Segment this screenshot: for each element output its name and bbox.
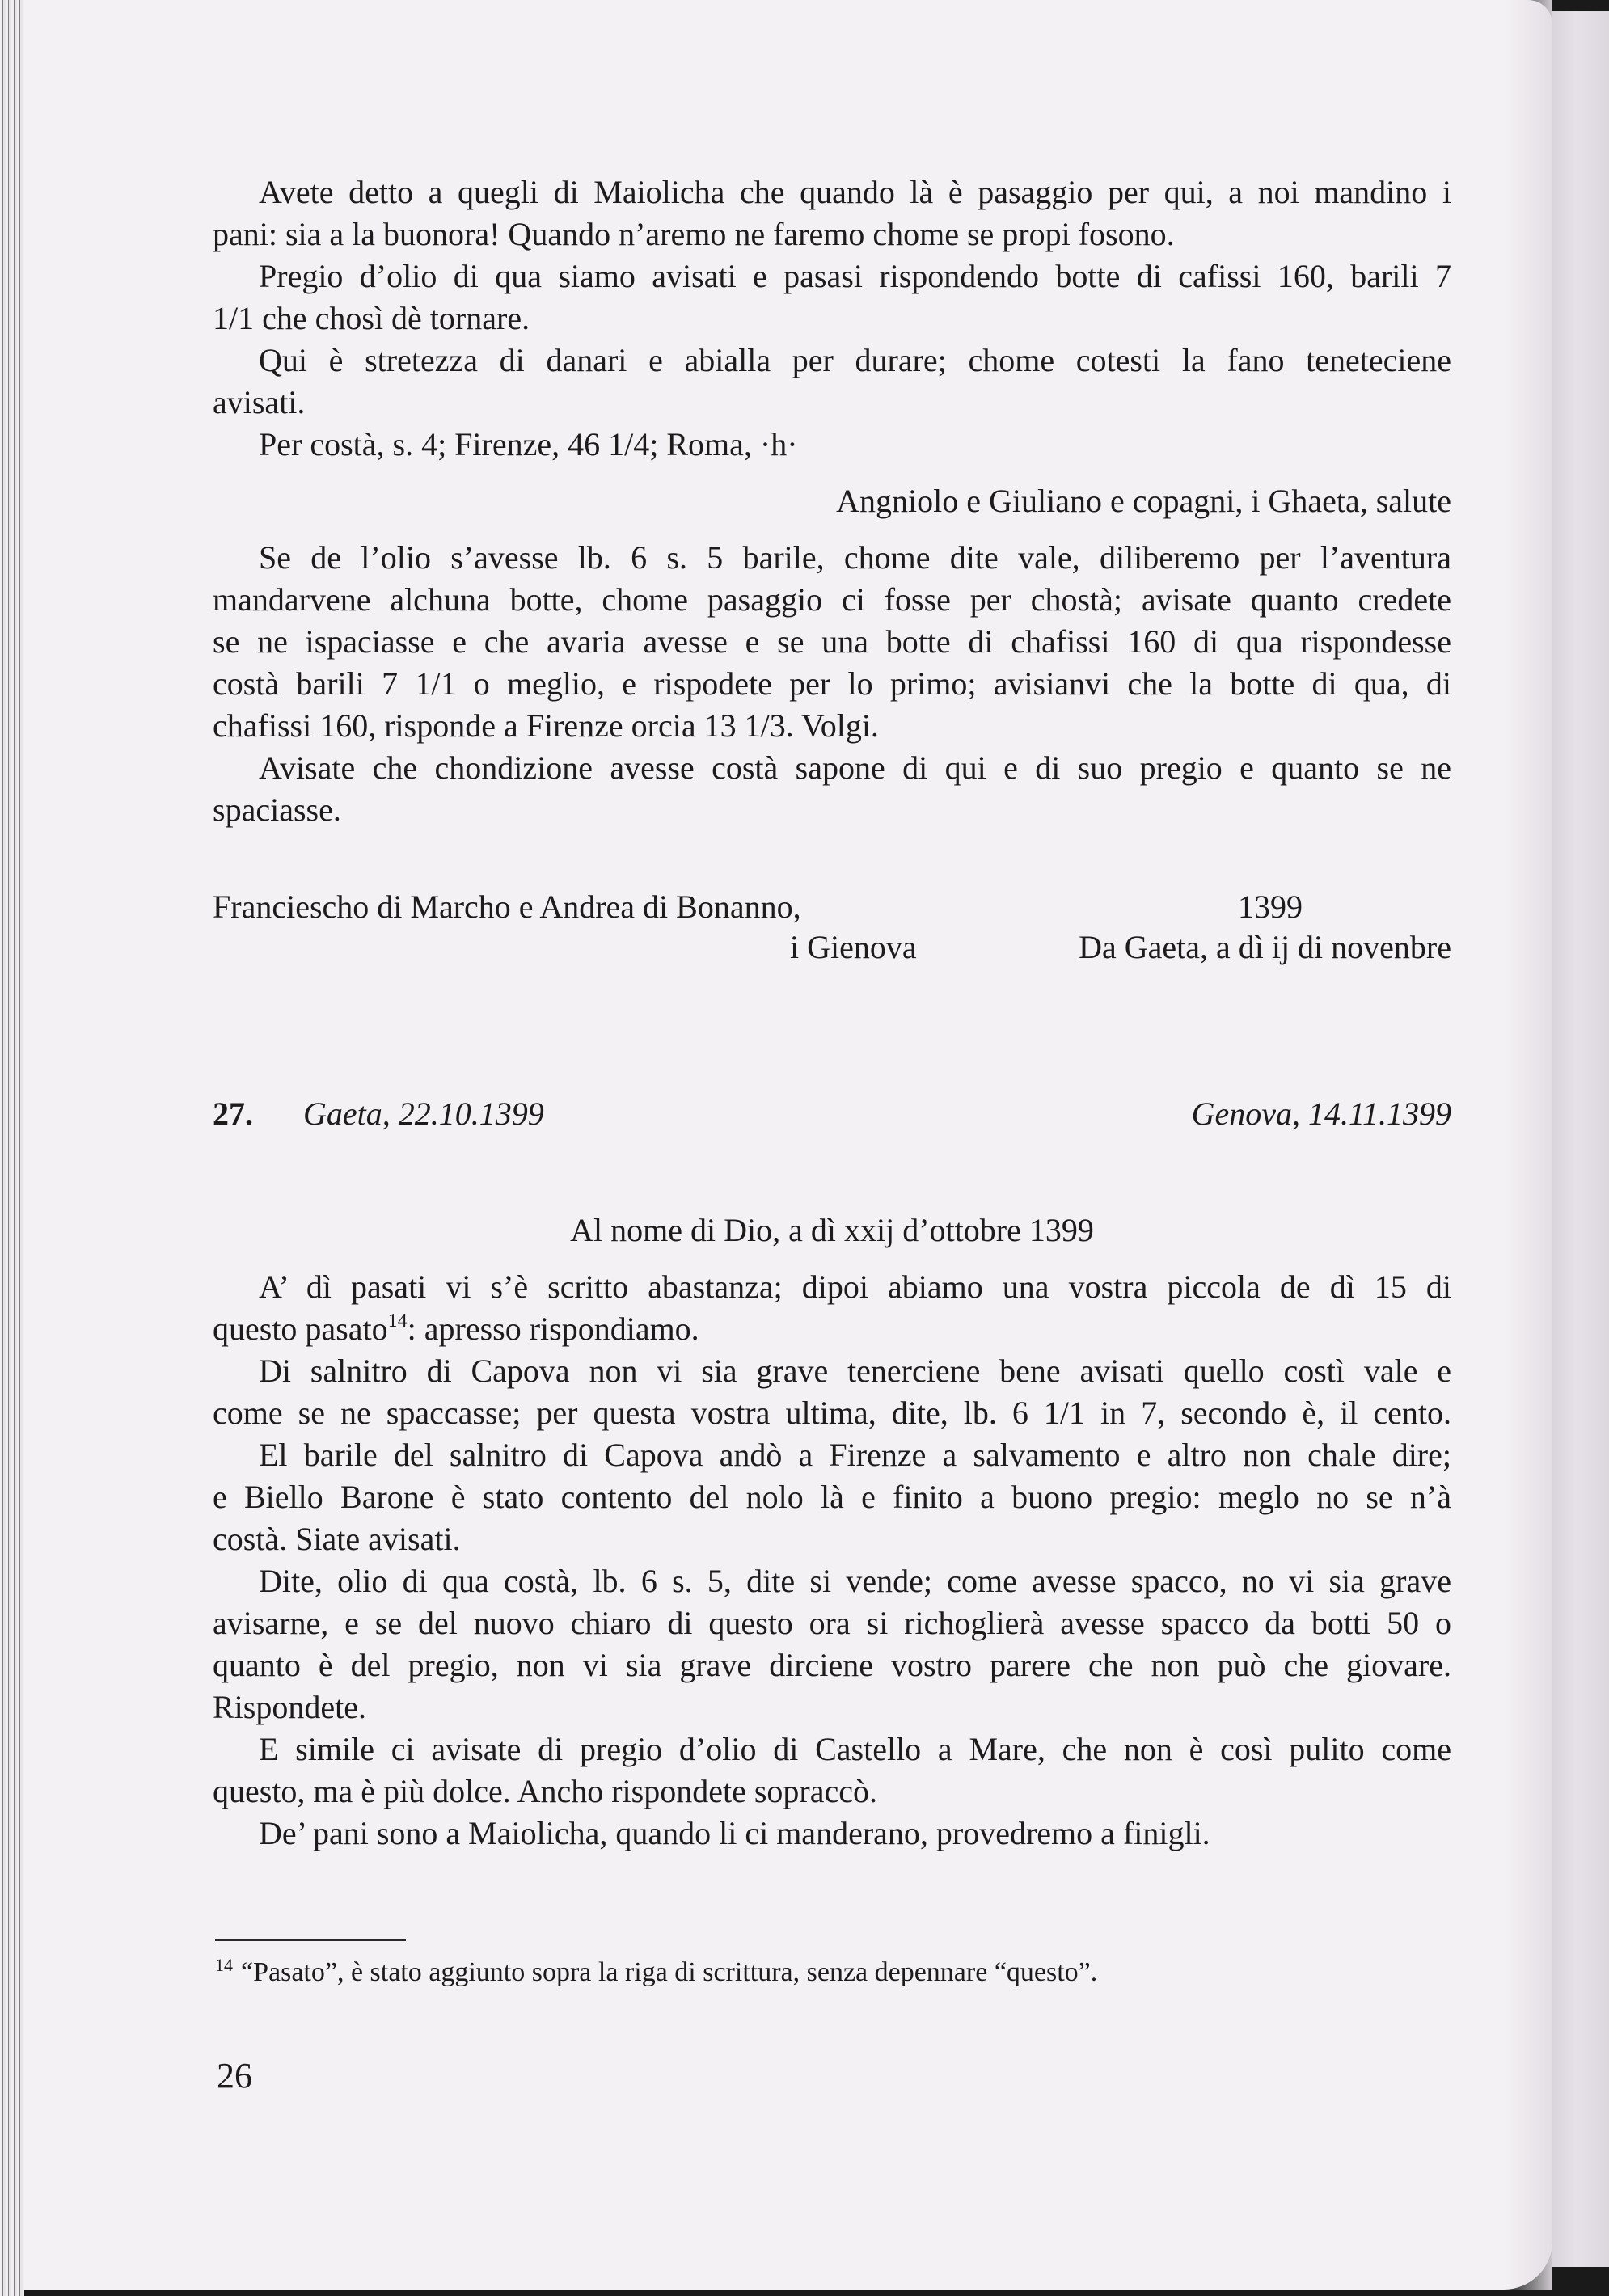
letter-origin-date: Gaeta, 22.10.1399 [303,1093,544,1135]
signature-date: Da Gaeta, a dì ij di novenbre [1079,926,1451,969]
body-line: spaciasse. [213,789,1451,831]
body-line: avisati. [213,382,1451,424]
body-line: 1/1 che chosì dè tornare. [213,298,1451,340]
stacked-page-edges [0,0,24,2296]
body-line: Avisate che chondizione avesse costà sap… [213,747,1451,789]
footnote: 14“Pasato”, è stato aggiunto sopra la ri… [215,1955,1097,1988]
body-line: questo, ma è più dolce. Ancho rispondete… [213,1771,1451,1813]
body-line: mandarvene alchuna botte, chome pasaggio… [213,579,1451,621]
body-line: El barile del salnitro di Capova andò a … [213,1434,1451,1476]
body-line: Qui è stretezza di danari e abialla per … [213,340,1451,382]
body-line: A’ dì pasati vi s’è scritto abastanza; d… [213,1266,1451,1308]
footnote-separator [215,1939,406,1941]
body-line: De’ pani sono a Maiolicha, quando li ci … [213,1813,1451,1855]
body-line: avisarne, e se del nuovo chiaro di quest… [213,1602,1451,1644]
body-line: Dite, olio di qua costà, lb. 6 s. 5, dit… [213,1560,1451,1602]
body-line: Di salnitro di Capova non vi sia grave t… [213,1350,1451,1392]
body-line: costà barili 7 1/1 o meglio, e rispodete… [213,663,1451,705]
book-page: Avete detto a quegli di Maiolicha che qu… [0,0,1552,2290]
footnote-mark: 14 [215,1955,233,1975]
footnote-text: “Pasato”, è stato aggiunto sopra la riga… [241,1957,1097,1987]
signature-year: 1399 [1238,886,1303,928]
letter-arrival-date: Genova, 14.11.1399 [1192,1093,1451,1135]
signature-place: i Gienova [790,926,917,969]
body-line: quanto è del pregio, non vi sia grave di… [213,1644,1451,1686]
body-line: Avete detto a quegli di Maiolicha che qu… [213,171,1451,213]
body-line: chafissi 160, risponde a Firenze orcia 1… [213,705,1451,747]
body-line: come se ne spaccasse; per questa vostra … [213,1392,1451,1434]
signature-addressee: Franciescho di Marcho e Andrea di Bonann… [213,886,801,928]
body-text: : apresso rispondiamo. [408,1310,699,1347]
footnote-reference[interactable]: 14 [388,1310,408,1332]
body-line: e Biello Barone è stato contento del nol… [213,1476,1451,1518]
letter-heading: 27. Gaeta, 22.10.1399 Genova, 14.11.1399 [213,1093,1451,1135]
invocation-line: Al nome di Dio, a dì xxij d’ottobre 1399 [213,1209,1451,1251]
adjacent-page-edge [1552,11,1609,2267]
letter-number: 27. [213,1093,253,1135]
body-line: Rispondete. [213,1686,1451,1728]
salutation-line: Angniolo e Giuliano e copagni, i Ghaeta,… [213,480,1451,522]
signature-row-1: Franciescho di Marcho e Andrea di Bonann… [213,886,1451,928]
page-curve-shade [1504,0,1552,2290]
body-line: E simile ci avisate di pregio d’olio di … [213,1728,1451,1771]
page-number: 26 [217,2055,252,2096]
body-line: se ne ispaciasse e che avaria avesse e s… [213,621,1451,663]
body-line-with-footnote: questo pasato14: apresso rispondiamo. [213,1308,1451,1350]
signature-row-2: i Gienova Da Gaeta, a dì ij di novenbre [213,926,1451,969]
body-text: questo pasato [213,1310,388,1347]
body-line: Pregio d’olio di qua siamo avisati e pas… [213,255,1451,298]
body-line: pani: sia a la buonora! Quando n’aremo n… [213,213,1451,255]
body-line: Per costà, s. 4; Firenze, 46 1/4; Roma, … [213,424,1451,466]
body-line: costà. Siate avisati. [213,1518,1451,1560]
body-line: Se de l’olio s’avesse lb. 6 s. 5 barile,… [213,537,1451,579]
